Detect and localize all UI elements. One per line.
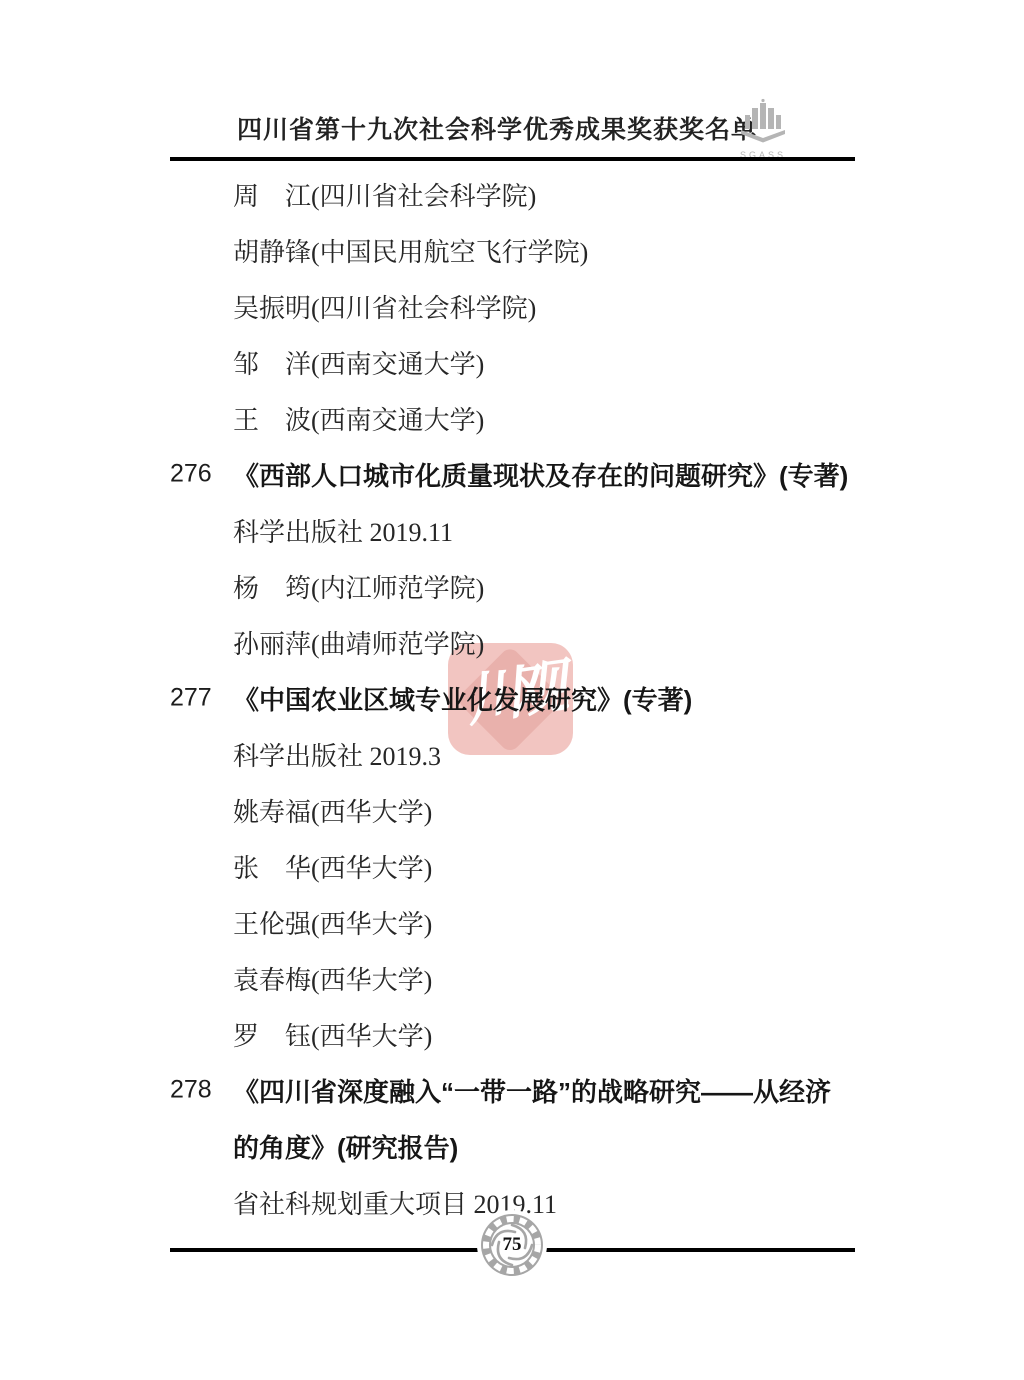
list-item-name: 王伦强(西华大学)	[170, 894, 870, 950]
list-item-entry-title: 277《中国农业区域专业化发展研究》(专著)	[170, 670, 870, 726]
list-item-name: 胡静锋(中国民用航空飞行学院)	[170, 222, 870, 278]
list-item-name: 杨 筠(内江师范学院)	[170, 558, 870, 614]
person-name: 邹 洋(西南交通大学)	[233, 344, 484, 381]
document-page: 四川省第十九次社会科学优秀成果奖获奖名单 SGASS	[0, 0, 1024, 1380]
list-item-name: 王 波(西南交通大学)	[170, 390, 870, 446]
list-item-name: 袁春梅(西华大学)	[170, 950, 870, 1006]
list-item-meta: 科学出版社 2019.11	[170, 502, 870, 558]
person-name: 胡静锋(中国民用航空飞行学院)	[233, 232, 588, 269]
list-item-name: 周 江(四川省社会科学院)	[170, 166, 870, 222]
list-item-entry-title: 276《西部人口城市化质量现状及存在的问题研究》(专著)	[170, 446, 870, 502]
content-list: 周 江(四川省社会科学院)胡静锋(中国民用航空飞行学院)吴振明(四川省社会科学院…	[170, 166, 870, 1230]
sgass-logo-icon	[739, 131, 787, 148]
person-name: 张 华(西华大学)	[233, 848, 432, 885]
person-name: 袁春梅(西华大学)	[233, 960, 432, 997]
list-item-name: 吴振明(四川省社会科学院)	[170, 278, 870, 334]
list-item-name: 邹 洋(西南交通大学)	[170, 334, 870, 390]
person-name: 孙丽萍(曲靖师范学院)	[233, 624, 484, 661]
list-item-meta: 科学出版社 2019.3	[170, 726, 870, 782]
publication-info: 科学出版社 2019.11	[233, 512, 453, 549]
entry-title-text: 《四川省深度融入“一带一路”的战略研究——从经济	[233, 1072, 831, 1109]
entry-number: 276	[170, 460, 212, 489]
page-number: 75	[477, 1210, 547, 1280]
person-name: 周 江(四川省社会科学院)	[233, 176, 536, 213]
person-name: 王伦强(西华大学)	[233, 904, 432, 941]
entry-number: 277	[170, 684, 212, 713]
list-item-name: 姚寿福(西华大学)	[170, 782, 870, 838]
entry-title-text: 《中国农业区域专业化发展研究》(专著)	[233, 680, 692, 717]
entry-title-text: 《西部人口城市化质量现状及存在的问题研究》(专著)	[233, 456, 848, 493]
person-name: 王 波(西南交通大学)	[233, 400, 484, 437]
list-item-name: 孙丽萍(曲靖师范学院)	[170, 614, 870, 670]
list-item-name: 张 华(西华大学)	[170, 838, 870, 894]
header-rule	[170, 157, 855, 161]
person-name: 杨 筠(内江师范学院)	[233, 568, 484, 605]
list-item-entry-title: 278《四川省深度融入“一带一路”的战略研究——从经济	[170, 1062, 870, 1118]
publication-info: 科学出版社 2019.3	[233, 736, 441, 773]
person-name: 姚寿福(西华大学)	[233, 792, 432, 829]
entry-title-text: 的角度》(研究报告)	[233, 1128, 458, 1165]
list-item-entry-title-cont: 的角度》(研究报告)	[170, 1118, 870, 1174]
entry-number: 278	[170, 1076, 212, 1105]
page-title: 四川省第十九次社会科学优秀成果奖获奖名单	[237, 110, 757, 146]
person-name: 吴振明(四川省社会科学院)	[233, 288, 536, 325]
sgass-logo: SGASS	[735, 98, 791, 160]
list-item-name: 罗 钰(西华大学)	[170, 1006, 870, 1062]
page-ornament: 75	[477, 1210, 547, 1280]
person-name: 罗 钰(西华大学)	[233, 1016, 432, 1053]
